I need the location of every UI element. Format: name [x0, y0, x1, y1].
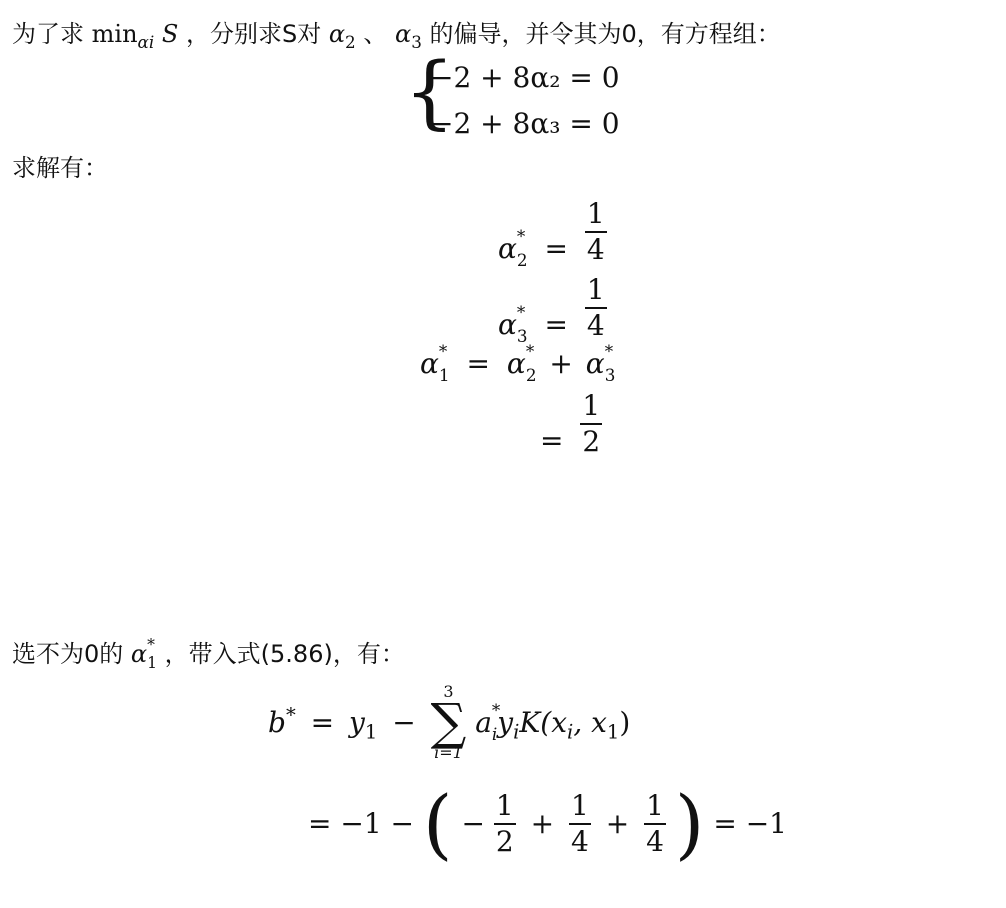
text: ，分别求S对 — [178, 20, 329, 48]
solution-alpha3: α*3 = 14 — [498, 276, 607, 340]
min-operator: minαi — [92, 20, 155, 48]
variable-S: S — [162, 20, 178, 48]
text: 的偏导，并令其为0，有方程组： — [422, 20, 781, 48]
text: ，带入式(5.86)，有： — [157, 640, 405, 668]
equation-1: −2 + 8α₂ = 0 — [430, 64, 620, 92]
alpha-2: α2 — [329, 20, 356, 48]
b-star-equation: b* = y1 − 3∑i=1 a*iyiK(xi, x1) — [268, 684, 630, 761]
solution-alpha1: α*1 = α*2 + α*3 — [420, 350, 615, 378]
summation: 3∑i=1 — [431, 684, 467, 761]
solution-alpha2: α*2 = 14 — [498, 200, 607, 264]
alpha-3: α3 — [395, 20, 422, 48]
text: 选不为0的 — [12, 640, 131, 668]
select-alpha-paragraph: 选不为0的 α*1 ，带入式(5.86)，有： — [12, 642, 405, 666]
solution-alpha1-value: = 12 — [540, 392, 602, 456]
solve-label: 求解有： — [12, 156, 108, 180]
text: 、 — [356, 20, 395, 48]
text: 为了求 — [12, 20, 92, 48]
equation-2: −2 + 8α₃ = 0 — [430, 110, 620, 138]
b-star-evaluation: = −1 − ( − 12 + 14 + 14 ) = −1 — [308, 786, 787, 862]
intro-paragraph: 为了求 minαi S ，分别求S对 α2 、 α3 的偏导，并令其为0，有方程… — [12, 22, 781, 46]
alpha-1-star: α*1 — [131, 640, 157, 668]
